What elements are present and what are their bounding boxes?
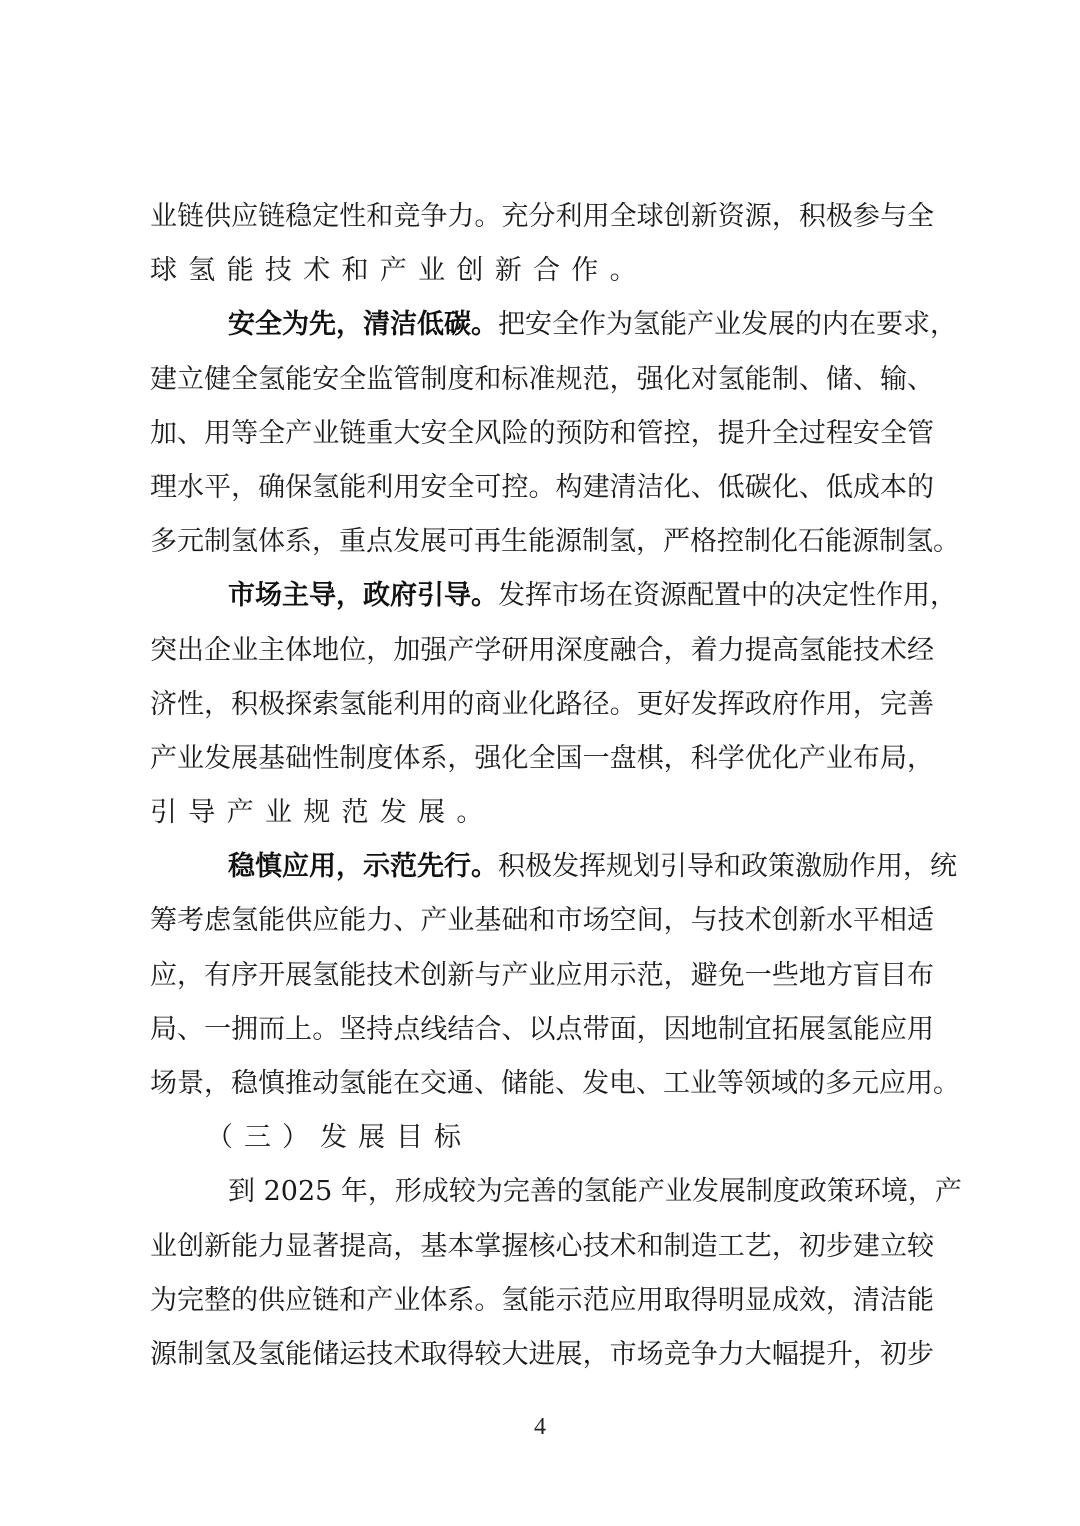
paragraph-lead-bold: 市场主导，政府引导。 [228, 580, 498, 611]
section-heading: （三）发展目标 [150, 1111, 934, 1165]
text-line: 应，有序开展氢能技术创新与产业应用示范，避免一些地方盲目布 [150, 949, 934, 1003]
text-line: 业链供应链稳定性和竞争力。充分利用全球创新资源，积极参与全 [150, 190, 934, 244]
text-line: 筹考虑氢能供应能力、产业基础和市场空间，与技术创新水平相适 [150, 894, 934, 948]
paragraph-lead-bold: 稳慎应用，示范先行。 [228, 851, 498, 882]
text-line: 突出企业主体地位，加强产学研用深度融合，着力提高氢能技术经 [150, 624, 934, 678]
text-line: 多元制氢体系，重点发展可再生能源制氢，严格控制化石能源制氢。 [150, 515, 934, 569]
paragraph-prudent-application: 稳慎应用，示范先行。积极发挥规划引导和政策激励作用，统 筹考虑氢能供应能力、产业… [150, 840, 934, 1111]
text-line: 源制氢及氢能储运技术取得较大进展，市场竞争力大幅提升，初步 [150, 1328, 934, 1382]
paragraph-development-goals: 到 2025 年，形成较为完善的氢能产业发展制度政策环境，产 业创新能力显著提高… [150, 1165, 934, 1382]
paragraph-continuation: 业链供应链稳定性和竞争力。充分利用全球创新资源，积极参与全 球氢能技术和产业创新… [150, 190, 934, 298]
text-line: 场景，稳慎推动氢能在交通、储能、发电、工业等领域的多元应用。 [150, 1057, 934, 1111]
text-line: 球氢能技术和产业创新合作。 [150, 244, 934, 298]
text-line: 建立健全氢能安全监管制度和标准规范，强化对氢能制、储、输、 [150, 353, 934, 407]
text-line: 产业发展基础性制度体系，强化全国一盘棋，科学优化产业布局， [150, 732, 934, 786]
text-line: 加、用等全产业链重大安全风险的预防和管控，提升全过程安全管 [150, 407, 934, 461]
text-line: 局、一拥而上。坚持点线结合、以点带面，因地制宜拓展氢能应用 [150, 1003, 934, 1057]
text-run: 发挥市场在资源配置中的决定性作用， [498, 580, 957, 611]
page-number: 4 [0, 1414, 1080, 1441]
text-line: 业创新能力显著提高，基本掌握核心技术和制造工艺，初步建立较 [150, 1220, 934, 1274]
text-run: 积极发挥规划引导和政策激励作用，统 [498, 851, 957, 882]
text-line: 稳慎应用，示范先行。积极发挥规划引导和政策激励作用，统 [150, 840, 934, 894]
text-line: 引导产业规范发展。 [150, 786, 934, 840]
paragraph-market-led: 市场主导，政府引导。发挥市场在资源配置中的决定性作用， 突出企业主体地位，加强产… [150, 569, 934, 840]
paragraph-safety-first: 安全为先，清洁低碳。把安全作为氢能产业发展的内在要求， 建立健全氢能安全监管制度… [150, 298, 934, 569]
document-page-body: 业链供应链稳定性和竞争力。充分利用全球创新资源，积极参与全 球氢能技术和产业创新… [150, 190, 934, 1382]
text-line: 理水平，确保氢能利用安全可控。构建清洁化、低碳化、低成本的 [150, 461, 934, 515]
text-line: 到 2025 年，形成较为完善的氢能产业发展制度政策环境，产 [150, 1165, 934, 1219]
text-line: 为完整的供应链和产业体系。氢能示范应用取得明显成效，清洁能 [150, 1274, 934, 1328]
text-line: 济性，积极探索氢能利用的商业化路径。更好发挥政府作用，完善 [150, 678, 934, 732]
text-line: 安全为先，清洁低碳。把安全作为氢能产业发展的内在要求， [150, 298, 934, 352]
paragraph-lead-bold: 安全为先，清洁低碳。 [228, 309, 498, 340]
text-run: 把安全作为氢能产业发展的内在要求， [498, 309, 957, 340]
text-line: 市场主导，政府引导。发挥市场在资源配置中的决定性作用， [150, 569, 934, 623]
